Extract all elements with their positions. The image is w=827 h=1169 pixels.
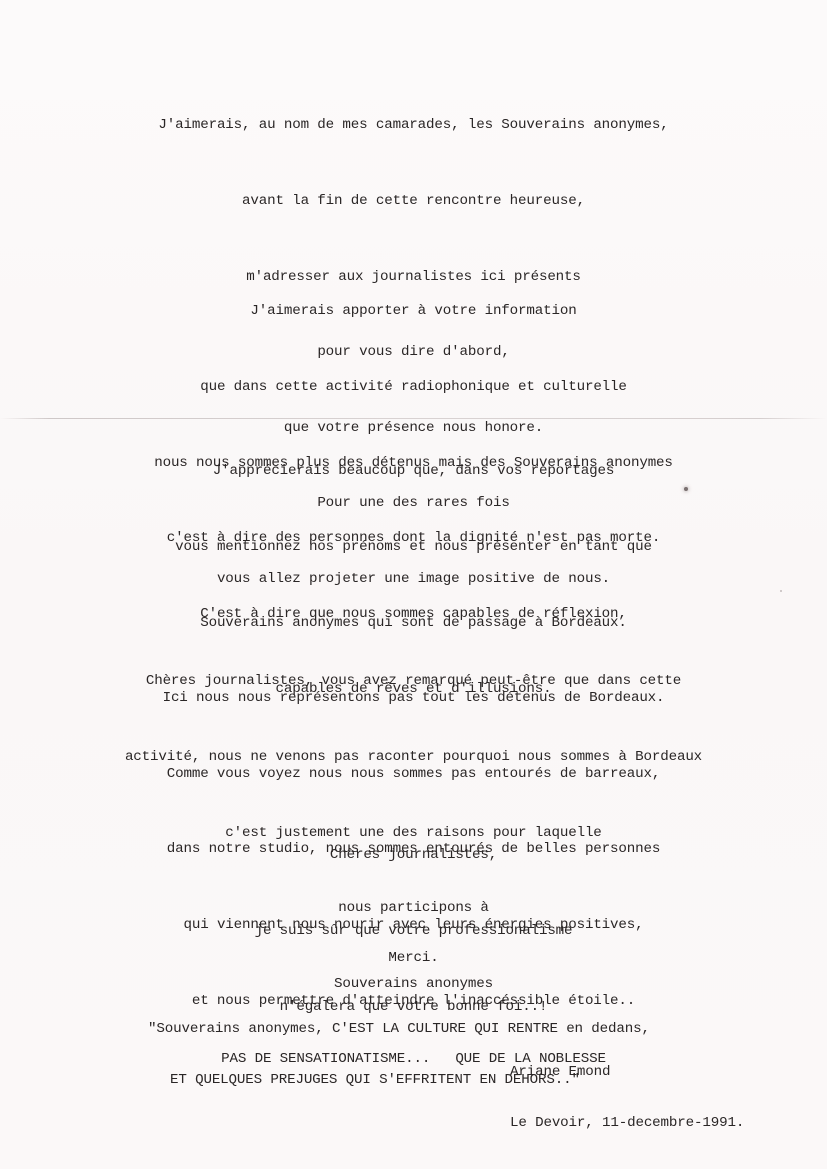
text-line: activité, nous ne venons pas raconter po… (0, 745, 827, 770)
text-line: Chères journalistes, (0, 843, 827, 868)
text-line: J'aimerais apporter à votre information (0, 299, 827, 324)
text-line: que dans cette activité radiophonique et… (0, 375, 827, 400)
attribution-author: Ariane Emond (510, 1064, 744, 1081)
text-line: J'aimerais, au nom de mes camarades, les… (0, 113, 827, 138)
attribution-source: Le Devoir, 11-decembre-1991. (510, 1115, 744, 1132)
text-line: Chères journalistes, vous avez remarqué … (0, 669, 827, 694)
text-line: avant la fin de cette rencontre heureuse… (0, 189, 827, 214)
text-line: J'apprécierais beaucoup que, dans vos re… (0, 459, 827, 484)
quote-attribution: Ariane Emond Le Devoir, 11-decembre-1991… (510, 1030, 744, 1166)
typed-letter-page: J'aimerais, au nom de mes camarades, les… (0, 0, 827, 1169)
text-line: vous mentionnez nos prénoms et nous prés… (0, 535, 827, 560)
text-line: Merci. (0, 946, 827, 971)
